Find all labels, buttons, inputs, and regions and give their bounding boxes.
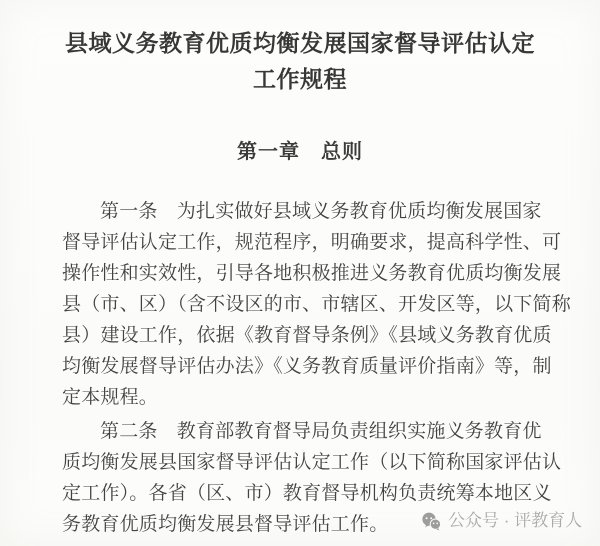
watermark: 公众号 · 评教育人 — [421, 509, 582, 533]
paragraph-article-1: 第一条 为扎实做好县域义务教育优质均衡发展国家督导评估认定工作，规范程序，明确要… — [62, 196, 540, 413]
document-title-line1: 县域义务教育优质均衡发展国家督导评估认定 — [36, 26, 564, 62]
text-line: 定本规程。 — [62, 382, 540, 413]
text-line: 第一条 为扎实做好县域义务教育优质均衡发展国家 — [62, 196, 540, 227]
text-line: 定工作）。各省（区、市）教育督导机构负责统筹本地区义 — [62, 478, 540, 509]
text-line: 均衡发展督导评估办法》《义务教育质量评价指南》等，制 — [62, 351, 540, 382]
document-title-line2: 工作规程 — [36, 62, 564, 98]
document-title: 县域义务教育优质均衡发展国家督导评估认定 工作规程 — [36, 26, 564, 98]
document-body: 第一条 为扎实做好县域义务教育优质均衡发展国家督导评估认定工作，规范程序，明确要… — [62, 196, 540, 540]
text-line: 操作性和实效性，引导各地积极推进义务教育优质均衡发展 — [62, 258, 540, 289]
text-line: 第二条 教育部教育督导局负责组织实施义务教育优 — [62, 416, 540, 447]
wechat-icon — [421, 511, 442, 532]
text-line: 县（市、区）（含不设区的市、市辖区、开发区等，以下简称 — [62, 289, 540, 320]
scanned-document-page: 县域义务教育优质均衡发展国家督导评估认定 工作规程 第一章 总则 第一条 为扎实… — [0, 0, 600, 546]
watermark-text: 公众号 · 评教育人 — [448, 509, 582, 533]
text-line: 督导评估认定工作，规范程序，明确要求，提高科学性、可 — [62, 227, 540, 258]
text-line: 质均衡发展县国家督导评估认定工作（以下简称国家评估认 — [62, 447, 540, 478]
text-line: 县）建设工作，依据《教育督导条例》《县域义务教育优质 — [62, 320, 540, 351]
chapter-heading: 第一章 总则 — [0, 140, 600, 164]
